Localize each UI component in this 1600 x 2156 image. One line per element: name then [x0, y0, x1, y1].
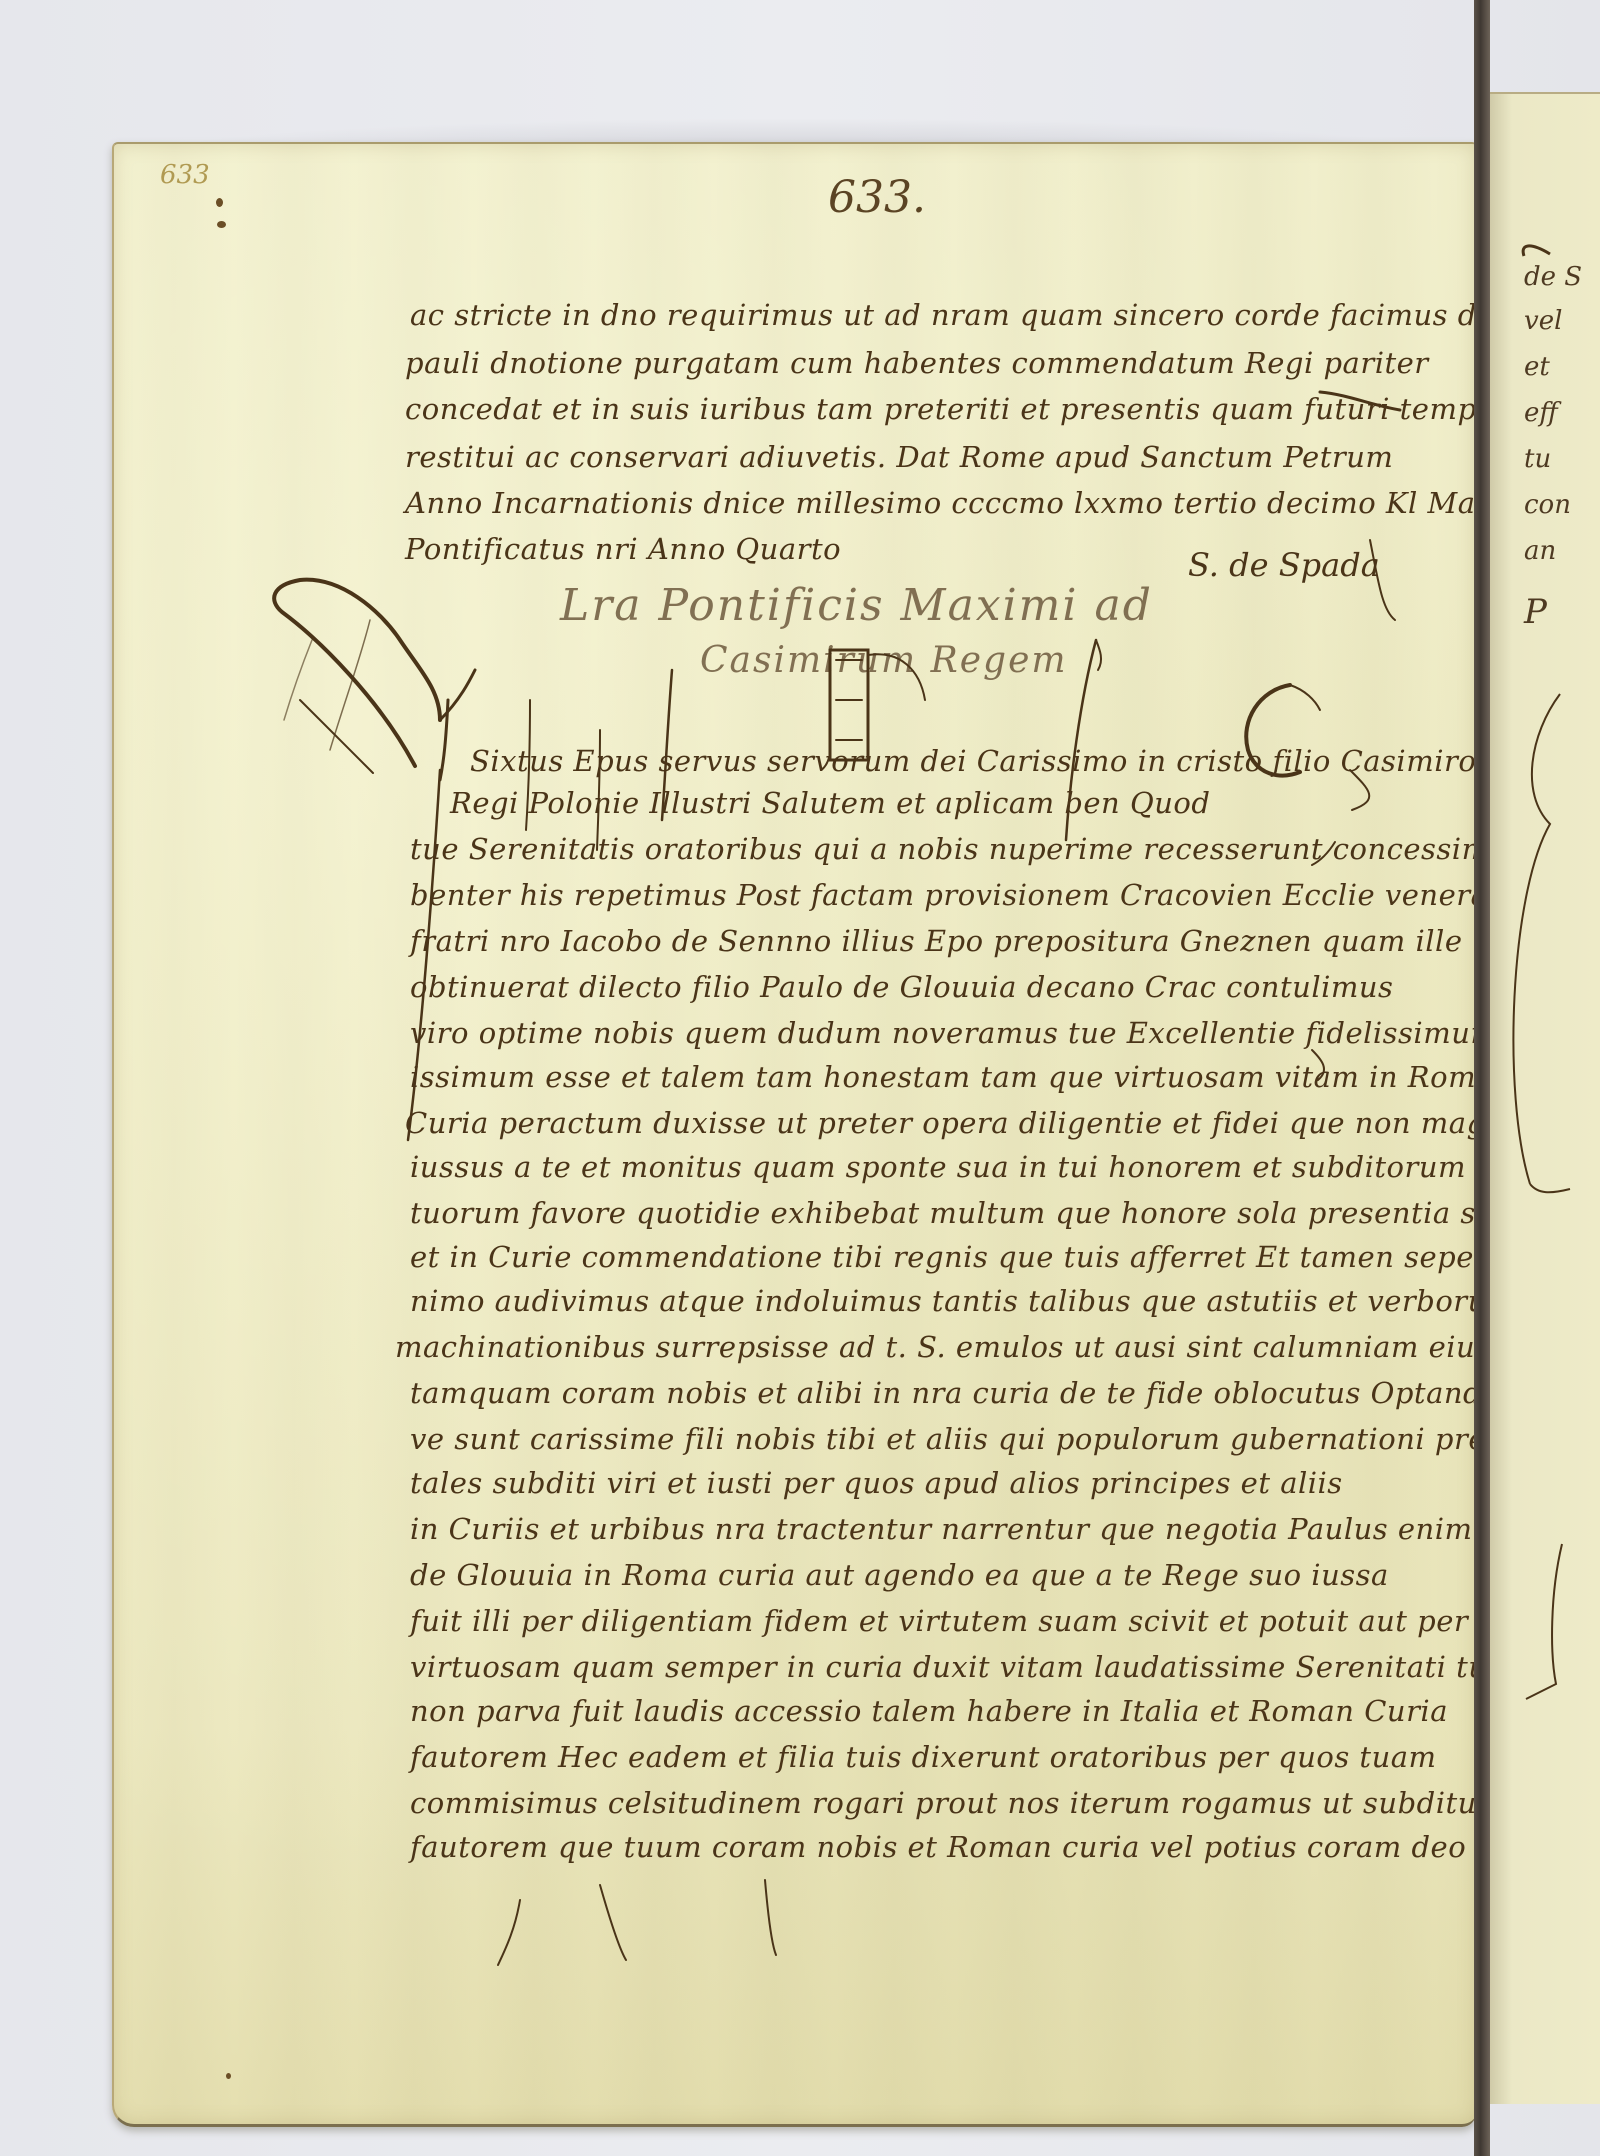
text-line: in Curiis et urbibus nra tractentur narr…: [410, 1512, 1473, 1546]
text-line: obtinuerat dilecto filio Paulo de Glouui…: [410, 970, 1393, 1004]
text-line: tamquam coram nobis et alibi in nra curi…: [410, 1376, 1492, 1410]
text-line: et in Curie commendatione tibi regnis qu…: [410, 1240, 1474, 1274]
text-line: Sixtus Epus servus servorum dei Carissim…: [470, 744, 1476, 778]
text-line: tue Serenitatis oratoribus qui a nobis n…: [410, 832, 1553, 866]
text-line: Regi Polonie Illustri Salutem et aplicam…: [450, 786, 1210, 820]
text-line: machinationibus surrepsisse ad t. S. emu…: [395, 1330, 1491, 1364]
text-line: fautorem que tuum coram nobis et Roman c…: [410, 1830, 1466, 1864]
text-line: Curia peractum duxisse ut preter opera d…: [405, 1106, 1511, 1140]
text-line: tuorum favore quotidie exhibebat multum …: [410, 1196, 1513, 1230]
text-line: virtuosam quam semper in curia duxit vit…: [410, 1650, 1505, 1684]
facing-page-edge: de S vel et eff tu con an P: [1490, 92, 1600, 2104]
text-line: commisimus celsitudinem rogari prout nos…: [410, 1786, 1505, 1820]
text-line: ve sunt carissime fili nobis tibi et ali…: [410, 1422, 1600, 1456]
text-line: benter his repetimus Post factam provisi…: [410, 878, 1537, 912]
book-gutter: [1474, 0, 1490, 2156]
text-line: viro optime nobis quem dudum noveramus t…: [410, 1016, 1600, 1050]
text-line: fautorem Hec eadem et filia tuis dixerun…: [410, 1740, 1437, 1774]
text-line: tales subditi viri et iusti per quos apu…: [410, 1466, 1343, 1500]
text-line: iussus a te et monitus quam sponte sua i…: [410, 1150, 1466, 1184]
text-line: issimum esse et talem tam honestam tam q…: [410, 1060, 1513, 1094]
text-line: fuit illi per diligentiam fidem et virtu…: [410, 1604, 1468, 1638]
text-line: de Glouuia in Roma curia aut agendo ea q…: [410, 1558, 1389, 1592]
text-line: non parva fuit laudis accessio talem hab…: [410, 1694, 1448, 1728]
text-line: nimo audivimus atque indoluimus tantis t…: [410, 1284, 1515, 1318]
text-line: fratri nro Iacobo de Sennno illius Epo p…: [410, 924, 1463, 958]
facing-flourish: [1490, 94, 1600, 2104]
